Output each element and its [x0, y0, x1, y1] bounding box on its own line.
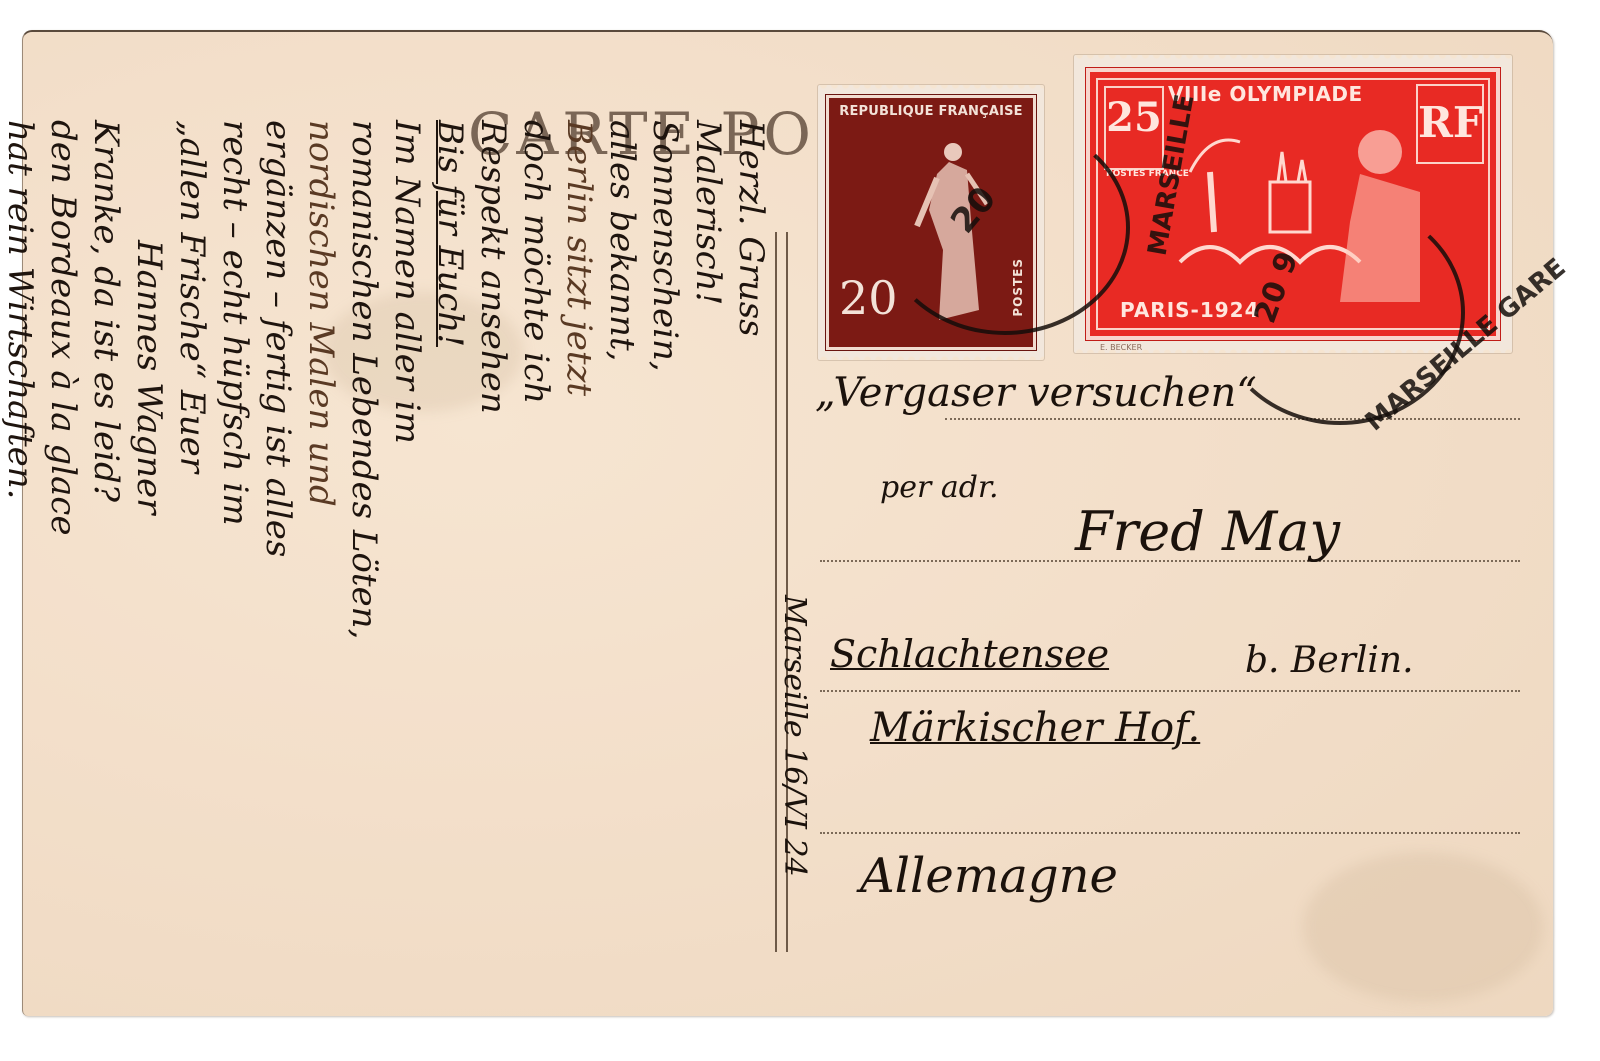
message-line: Sonnenschein, [643, 120, 686, 980]
message-line: den Bordeaux à la glace [41, 120, 84, 980]
message-line: romanischen Lebendes Löten, [342, 120, 385, 980]
message-line: Kranke, da ist es leid? [84, 120, 127, 980]
message-line: Malerisch! [686, 120, 729, 980]
message-signature: Hannes Wagner [127, 120, 170, 980]
stamp-country-text: REPUBLIQUE FRANÇAISE [829, 104, 1033, 119]
message-line: recht – echt hüpfsch im [213, 120, 256, 980]
message-line: „allen Frische“ Euer [170, 120, 213, 980]
address-care-of: per adr. [880, 470, 999, 505]
message-line: nordischen Malen und [299, 120, 342, 980]
message-line: Berlin sitzt jetzt [557, 120, 600, 980]
message-line: doch möchte ich [514, 120, 557, 980]
stamp-engraver: E. BECKER [1100, 343, 1142, 352]
stamp-value: 25 [1104, 86, 1164, 170]
message-line: Bis für Euch! [428, 120, 471, 980]
stamp-value: 20 [839, 271, 898, 325]
message-line: Herzl. Gruss [729, 120, 772, 980]
address-line-1: „Vergaser versuchen“ [815, 370, 1257, 416]
address-street: Märkischer Hof. [870, 705, 1200, 751]
handwritten-message: Herzl. Gruss Malerisch! Sonnenschein, al… [92, 120, 772, 980]
address-city: Schlachtensee [830, 632, 1109, 676]
address-recipient-name: Fred May [1075, 500, 1340, 563]
postmark-left [880, 120, 1130, 335]
paper-stain [1303, 852, 1543, 1002]
dateline: Marseille 16/VI 24 [777, 595, 812, 877]
address-rule [820, 832, 1520, 834]
address-rule [945, 418, 1520, 420]
address-city-suffix: b. Berlin. [1245, 640, 1414, 681]
message-line: ergänzen – fertig ist alles [256, 120, 299, 980]
stamp-monogram: RF [1416, 84, 1484, 164]
message-line: alles bekannt, [600, 120, 643, 980]
address-country: Allemagne [860, 848, 1118, 904]
address-rule [820, 690, 1520, 692]
message-line: hat rein Wirtschaften. [0, 120, 41, 980]
message-line: Im Namen aller im [385, 120, 428, 980]
message-line: Respekt ansehen [471, 120, 514, 980]
